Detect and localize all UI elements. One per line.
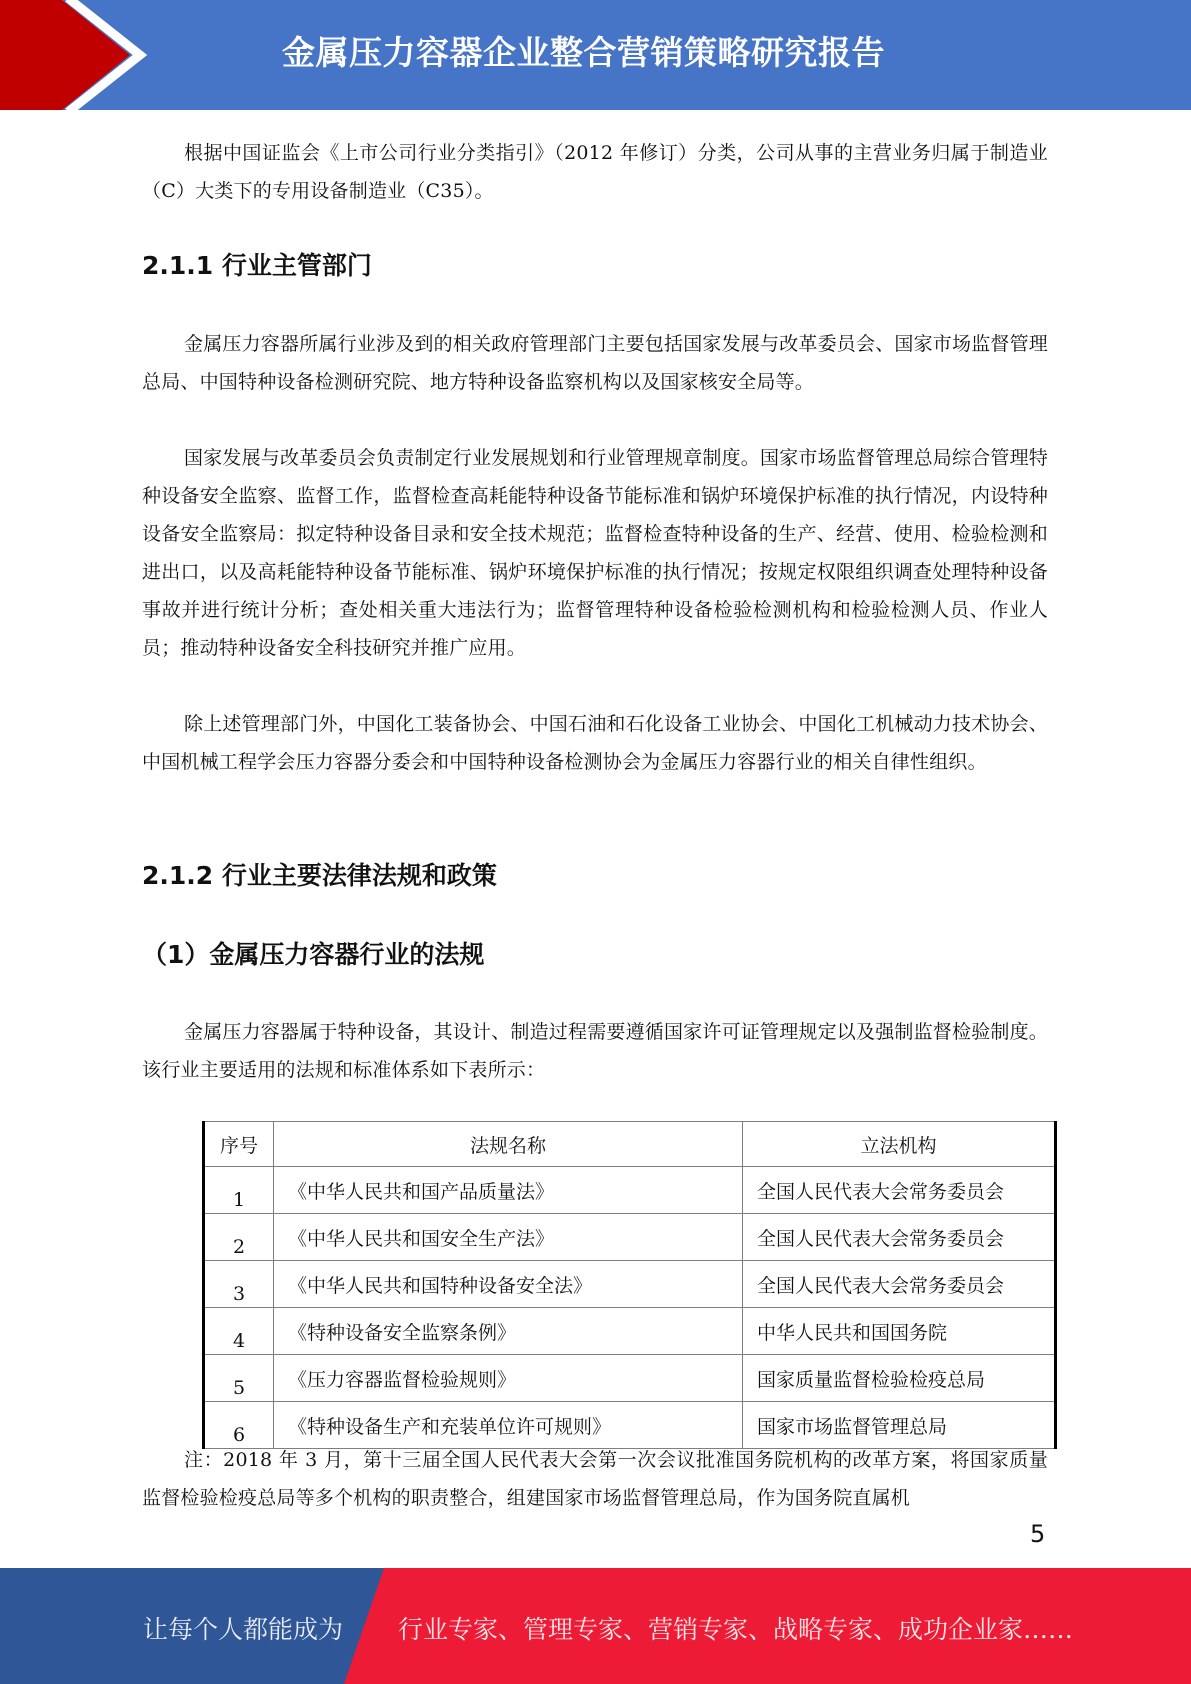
regulation-name: 《中华人民共和国特种设备安全法》 xyxy=(274,1261,743,1308)
footer-slogan-left: 让每个人都能成为 xyxy=(143,1610,343,1646)
heading-regulations: （1）金属压力容器行业的法规 xyxy=(142,935,484,971)
row-index: 2 xyxy=(204,1214,274,1261)
regulation-name: 《中华人民共和国产品质量法》 xyxy=(274,1167,743,1214)
column-header-authority: 立法机构 xyxy=(743,1122,1056,1167)
paragraph-classification: 根据中国证监会《上市公司行业分类指引》（2012 年修订）分类，公司从事的主营业… xyxy=(142,134,1048,210)
regulation-name: 《中华人民共和国安全生产法》 xyxy=(274,1214,743,1261)
page-number: 5 xyxy=(1030,1520,1045,1548)
authority-name: 全国人民代表大会常务委员会 xyxy=(743,1167,1056,1214)
paragraph-regulation-intro: 金属压力容器属于特种设备，其设计、制造过程需要遵循国家许可证管理规定以及强制监督… xyxy=(142,1013,1048,1089)
authority-name: 全国人民代表大会常务委员会 xyxy=(743,1214,1056,1261)
row-index: 4 xyxy=(204,1308,274,1355)
table-row: 2 《中华人民共和国安全生产法》 全国人民代表大会常务委员会 xyxy=(204,1214,1056,1261)
paragraph-ndrc-duties: 国家发展与改革委员会负责制定行业发展规划和行业管理规章制度。国家市场监督管理总局… xyxy=(142,439,1048,667)
row-index: 5 xyxy=(204,1355,274,1402)
paragraph-note: 注：2018 年 3 月，第十三届全国人民代表大会第一次会议批准国务院机构的改革… xyxy=(142,1441,1048,1517)
column-header-index: 序号 xyxy=(204,1122,274,1167)
row-index: 1 xyxy=(204,1167,274,1214)
table-row: 5 《压力容器监督检验规则》 国家质量监督检验检疫总局 xyxy=(204,1355,1056,1402)
paragraph-associations: 除上述管理部门外，中国化工装备协会、中国石油和石化设备工业协会、中国化工机械动力… xyxy=(142,705,1048,781)
paragraph-departments: 金属压力容器所属行业涉及到的相关政府管理部门主要包括国家发展与改革委员会、国家市… xyxy=(142,325,1048,401)
column-header-name: 法规名称 xyxy=(274,1122,743,1167)
authority-name: 中华人民共和国国务院 xyxy=(743,1308,1056,1355)
regulation-name: 《压力容器监督检验规则》 xyxy=(274,1355,743,1402)
document-title: 金属压力容器企业整合营销策略研究报告 xyxy=(282,28,885,78)
footer-banner: 让每个人都能成为 行业专家、管理专家、营销专家、战略专家、成功企业家…… xyxy=(0,1568,1191,1684)
header-banner: 金属压力容器企业整合营销策略研究报告 xyxy=(0,0,1191,110)
table-row: 3 《中华人民共和国特种设备安全法》 全国人民代表大会常务委员会 xyxy=(204,1261,1056,1308)
row-index: 3 xyxy=(204,1261,274,1308)
heading-2-1-2: 2.1.2 行业主要法律法规和政策 xyxy=(142,856,497,892)
regulation-name: 《特种设备安全监察条例》 xyxy=(274,1308,743,1355)
table-row: 1 《中华人民共和国产品质量法》 全国人民代表大会常务委员会 xyxy=(204,1167,1056,1214)
table-header-row: 序号 法规名称 立法机构 xyxy=(204,1122,1056,1167)
table-row: 4 《特种设备安全监察条例》 中华人民共和国国务院 xyxy=(204,1308,1056,1355)
authority-name: 全国人民代表大会常务委员会 xyxy=(743,1261,1056,1308)
regulations-table: 序号 法规名称 立法机构 1 《中华人民共和国产品质量法》 全国人民代表大会常务… xyxy=(202,1121,1057,1449)
heading-2-1-1: 2.1.1 行业主管部门 xyxy=(142,246,372,282)
authority-name: 国家质量监督检验检疫总局 xyxy=(743,1355,1056,1402)
footer-slogan-right: 行业专家、管理专家、营销专家、战略专家、成功企业家…… xyxy=(398,1610,1073,1646)
arrow-decoration-icon xyxy=(0,0,200,110)
